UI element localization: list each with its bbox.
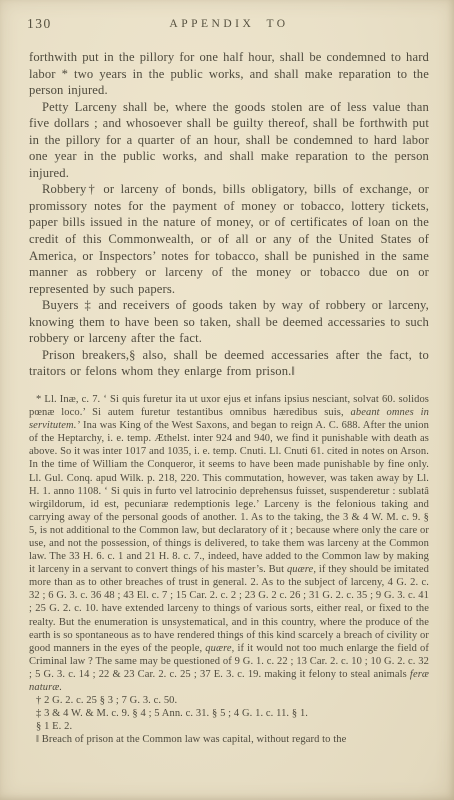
page-header: 130 APPENDIX TO: [29, 14, 429, 36]
footnote-star: * Ll. Inæ, c. 7. ‘ Si quis furetur ita u…: [29, 393, 429, 694]
paragraph-buyers-receivers: Buyers ‡ and receivers of goods taken by…: [29, 297, 429, 347]
body-text: forthwith put in the pillory for one hal…: [29, 49, 429, 380]
book-page-scan: 130 APPENDIX TO forthwith put in the pil…: [0, 0, 454, 800]
page-number: 130: [27, 16, 52, 32]
running-title: APPENDIX TO: [29, 14, 429, 30]
footnote-double-dagger: ‡ 3 & 4 W. & M. c. 9. § 4 ; 5 Ann. c. 31…: [29, 707, 429, 720]
footnote-parallel-mark: ‖ Breach of prison at the Common law was…: [29, 733, 429, 746]
paragraph-petty-larceny: Petty Larceny shall be, where the goods …: [29, 99, 429, 182]
footnote-dagger: † 2 G. 2. c. 25 § 3 ; 7 G. 3. c. 50.: [29, 694, 429, 707]
page-content: 130 APPENDIX TO forthwith put in the pil…: [29, 14, 429, 746]
paragraph-robbery: Robbery† or larceny of bonds, bills obli…: [29, 181, 429, 297]
footnote-section-mark: § 1 E. 2.: [29, 720, 429, 733]
paragraph-prison-breakers: Prison breakers,§ also, shall be deemed …: [29, 347, 429, 380]
footnotes-section: * Ll. Inæ, c. 7. ‘ Si quis furetur ita u…: [29, 393, 429, 747]
paragraph-pillory-continuation: forthwith put in the pillory for one hal…: [29, 49, 429, 99]
